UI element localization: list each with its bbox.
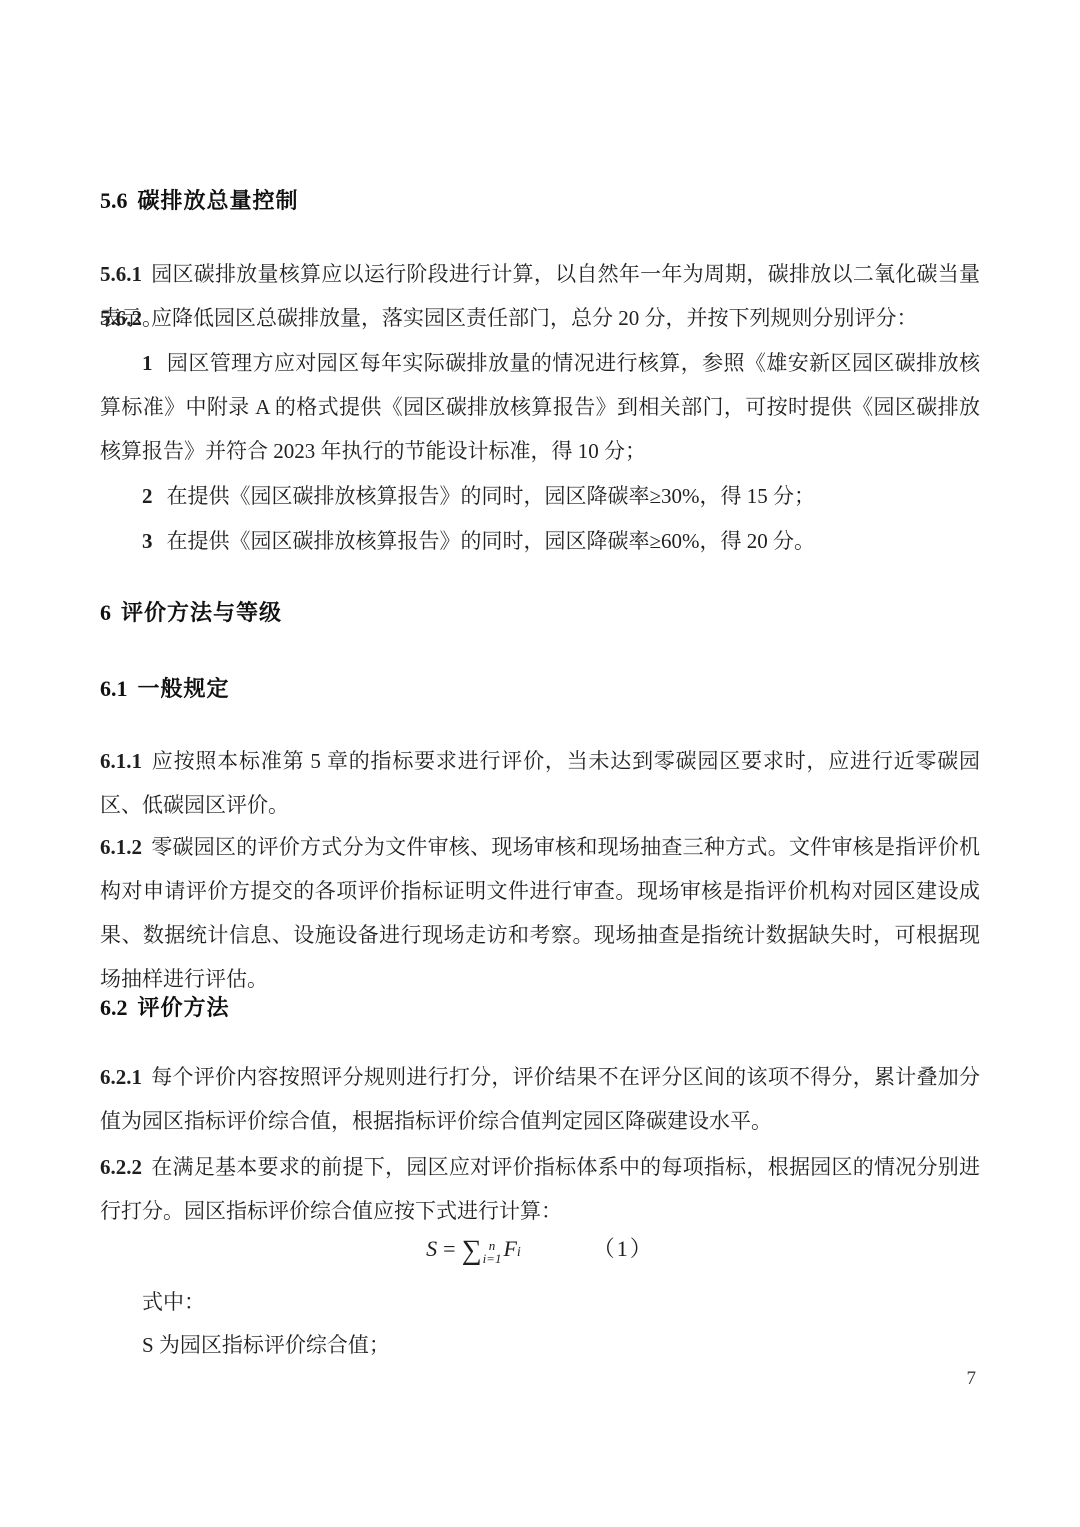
formula-term: F: [503, 1236, 516, 1261]
clause-number: 5.6.2: [100, 306, 142, 330]
section-title: 一般规定: [138, 676, 230, 701]
section-heading-5-6: 5.6碳排放总量控制: [100, 186, 980, 216]
clause-number: 6.1.2: [100, 835, 142, 859]
where-label-text: 式中：: [142, 1290, 205, 1314]
clause-6-2-2: 6.2.2在满足基本要求的前提下，园区应对评价指标体系中的每项指标，根据园区的情…: [100, 1145, 980, 1233]
section-title: 评价方法与等级: [121, 600, 282, 625]
section-number: 6.2: [100, 995, 128, 1020]
summation-lower: i=1: [483, 1252, 502, 1265]
equation-number: （1）: [593, 1236, 654, 1261]
clause-text: 应按照本标准第 5 章的指标要求进行评价，当未达到零碳园区要求时，应进行近零碳园…: [100, 749, 980, 817]
list-item-text: 在提供《园区碳排放核算报告》的同时，园区降碳率≥60%，得 20 分。: [167, 529, 816, 553]
summation-limits: ni=1: [483, 1239, 502, 1265]
list-item-2: 2在提供《园区碳排放核算报告》的同时，园区降碳率≥30%，得 15 分；: [100, 474, 980, 518]
clause-6-1-1: 6.1.1应按照本标准第 5 章的指标要求进行评价，当未达到零碳园区要求时，应进…: [100, 739, 980, 827]
section-heading-6-2: 6.2评价方法: [100, 993, 980, 1023]
list-item-3: 3在提供《园区碳排放核算报告》的同时，园区降碳率≥60%，得 20 分。: [100, 519, 980, 563]
section-number: 5.6: [100, 188, 128, 213]
document-page: 5.6碳排放总量控制 5.6.1园区碳排放量核算应以运行阶段进行计算，以自然年一…: [0, 0, 1080, 1527]
formula-term-subscript: i: [517, 1245, 521, 1260]
clause-number: 6.2.2: [100, 1155, 142, 1179]
formula-1: S=∑ni=1Fi（1）: [100, 1232, 980, 1270]
section-number: 6: [100, 600, 111, 625]
list-item-number: 3: [142, 529, 153, 553]
clause-5-6-2: 5.6.2应降低园区总碳排放量，落实园区责任部门，总分 20 分，并按下列规则分…: [100, 296, 980, 340]
clause-number: 6.1.1: [100, 749, 142, 773]
clause-text: 零碳园区的评价方式分为文件审核、现场审核和现场抽查三种方式。文件审核是指评价机构…: [100, 835, 980, 991]
clause-6-2-1: 6.2.1每个评价内容按照评分规则进行打分，评价结果不在评分区间的该项不得分，累…: [100, 1055, 980, 1143]
section-title: 评价方法: [138, 995, 230, 1020]
summation-symbol: ∑ni=1: [462, 1236, 502, 1266]
section-heading-6: 6评价方法与等级: [100, 598, 980, 628]
section-title: 碳排放总量控制: [138, 188, 299, 213]
list-item-number: 1: [142, 351, 153, 375]
clause-text: 每个评价内容按照评分规则进行打分，评价结果不在评分区间的该项不得分，累计叠加分值…: [100, 1065, 980, 1133]
where-definition-text: S 为园区指标评价综合值；: [142, 1333, 390, 1357]
list-item-1: 1园区管理方应对园区每年实际碳排放量的情况进行核算，参照《雄安新区园区碳排放核算…: [100, 341, 980, 473]
list-item-text: 园区管理方应对园区每年实际碳排放量的情况进行核算，参照《雄安新区园区碳排放核算标…: [100, 351, 980, 463]
section-number: 6.1: [100, 676, 128, 701]
sigma-glyph: ∑: [462, 1236, 482, 1266]
clause-number: 6.2.1: [100, 1065, 142, 1089]
clause-6-1-2: 6.1.2零碳园区的评价方式分为文件审核、现场审核和现场抽查三种方式。文件审核是…: [100, 825, 980, 1001]
clause-number: 5.6.1: [100, 262, 142, 286]
section-heading-6-1: 6.1一般规定: [100, 674, 980, 704]
page-number: 7: [967, 1368, 977, 1390]
list-item-text: 在提供《园区碳排放核算报告》的同时，园区降碳率≥30%，得 15 分；: [167, 484, 816, 508]
formula-equals: =: [443, 1236, 455, 1261]
where-label: 式中：: [100, 1280, 980, 1324]
clause-text: 在满足基本要求的前提下，园区应对评价指标体系中的每项指标，根据园区的情况分别进行…: [100, 1155, 980, 1223]
clause-text: 应降低园区总碳排放量，落实园区责任部门，总分 20 分，并按下列规则分别评分：: [151, 306, 918, 330]
formula-lhs: S: [426, 1236, 437, 1261]
list-item-number: 2: [142, 484, 153, 508]
where-definition-s: S 为园区指标评价综合值；: [100, 1323, 980, 1367]
